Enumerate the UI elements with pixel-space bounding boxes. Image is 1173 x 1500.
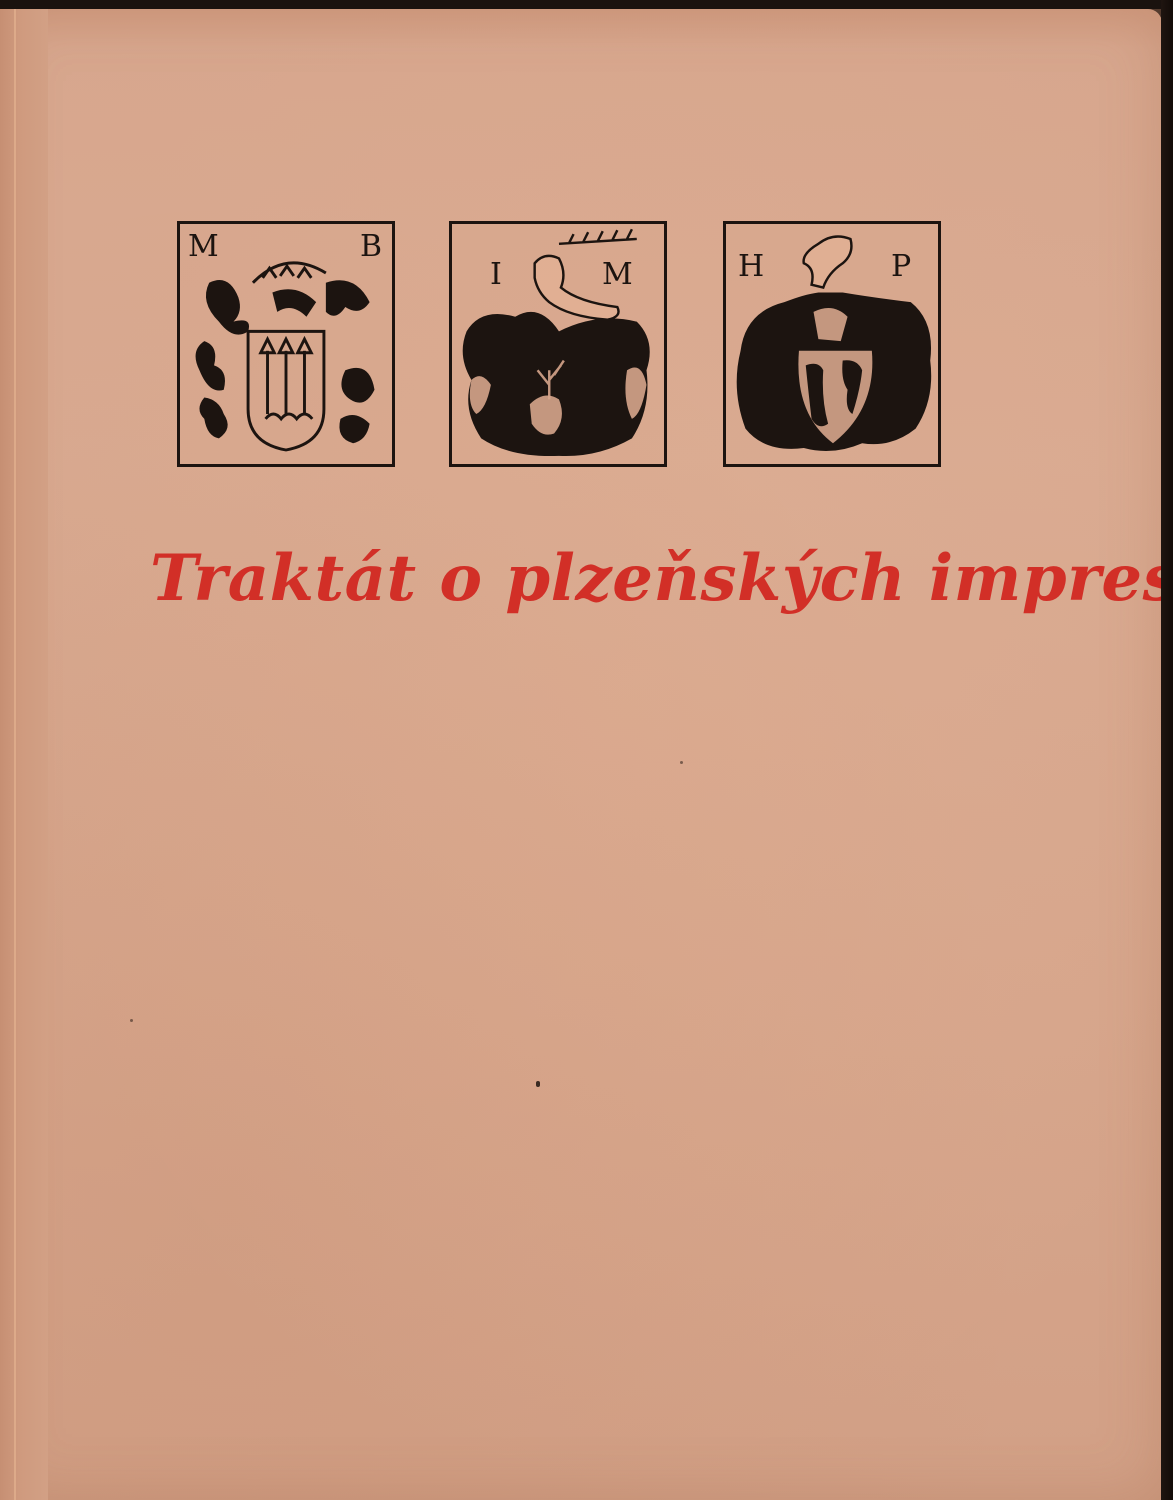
- printer-emblems: M B: [177, 221, 942, 469]
- spine-fold-line: [14, 9, 16, 1500]
- monogram-left: M: [188, 232, 219, 262]
- book-cover: M B: [0, 9, 1162, 1500]
- paper-speck: [680, 761, 683, 764]
- emblem-hp: H P: [723, 221, 941, 467]
- paper-speck: [536, 1081, 540, 1087]
- book-cover-scan: M B: [0, 0, 1173, 1500]
- monogram-right: P: [891, 252, 911, 282]
- emblem-mb: M B: [177, 221, 395, 467]
- top-edge-shade: [48, 9, 1162, 49]
- monogram-right: B: [360, 232, 382, 262]
- emblem-im: I M: [449, 221, 667, 467]
- monogram-left: H: [738, 252, 764, 282]
- scan-background-edge: [1161, 0, 1173, 1500]
- spine-band: [0, 9, 48, 1500]
- paper-speck: [130, 1019, 133, 1022]
- book-title: Traktát o plzeňských impresorech: [150, 539, 970, 619]
- monogram-right: M: [602, 260, 633, 290]
- monogram-left: I: [490, 260, 502, 290]
